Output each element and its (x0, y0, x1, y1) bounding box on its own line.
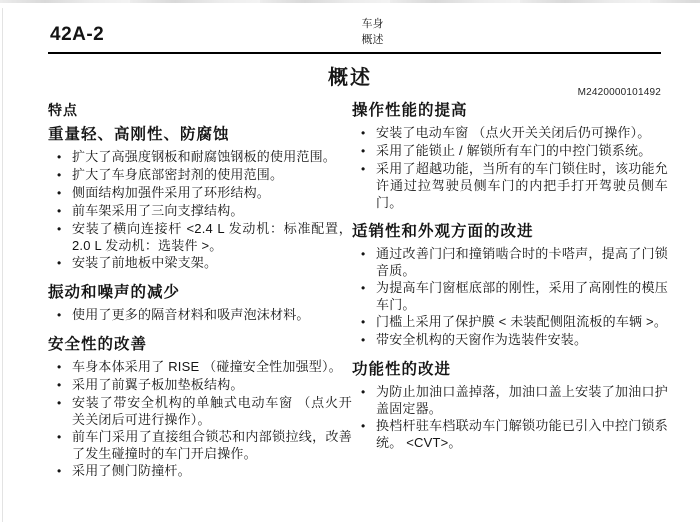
bullet-marker (352, 142, 376, 160)
bullet-item: 采用了能锁止 / 解锁所有车门的中控门锁系统。 (352, 142, 668, 160)
bullet-item: 门槛上采用了保护膜 < 未装配侧阻流板的车辆 >。 (352, 313, 668, 331)
document-number: M2420000101492 (578, 87, 661, 98)
bullet-item: 侧面结构加强件采用了环形结构。 (48, 184, 352, 202)
bullet-item: 安装了带安全机构的单触式电动车窗 （点火开关关闭后可进行操作）。 (48, 394, 352, 428)
section-heading: 振动和噪声的减少 (48, 283, 352, 303)
bullet-marker (352, 124, 376, 142)
running-header-chapter: 车身 (330, 16, 415, 32)
bullet-item: 前车门采用了直接组合锁芯和内部锁拉线，改善了发生碰撞时的车门开启操作。 (48, 428, 352, 462)
bullet-item: 安装了横向连接杆 <2.4 L 发动机：标准配置，2.0 L 发动机：选装件 >… (48, 220, 352, 254)
bullet-text: 采用了超越功能，当所有的车门锁住时，该功能允许通过拉驾驶员侧车门的内把手打开驾驶… (376, 160, 668, 211)
left-column-sections: 重量轻、高刚性、防腐蚀扩大了高强度钢板和耐腐蚀钢板的使用范围。扩大了车身底部密封… (48, 125, 352, 480)
bullet-marker (48, 254, 72, 272)
bullet-marker (352, 417, 376, 451)
bullet-text: 为提高车门窗框底部的刚性，采用了高刚性的模压车门。 (376, 279, 668, 313)
bullet-item: 扩大了车身底部密封剂的使用范围。 (48, 166, 352, 184)
bullet-marker (352, 331, 376, 349)
bullet-marker (48, 358, 72, 376)
bullet-marker (352, 160, 376, 211)
bullet-marker (48, 428, 72, 462)
section: 适销性和外观方面的改进通过改善门闩和撞销啮合时的卡嗒声，提高了门锁音质。为提高车… (352, 222, 668, 349)
manual-page: 42A-2 车身 概述 概述 M2420000101492 特点 重量轻、高刚性… (0, 0, 700, 530)
bullet-text: 扩大了高强度钢板和耐腐蚀钢板的使用范围。 (72, 148, 352, 166)
bullet-marker (352, 313, 376, 331)
page-title: 概述 (0, 61, 700, 90)
bullet-marker (48, 220, 72, 254)
running-header: 车身 概述 (330, 16, 415, 48)
scan-top-edge-artifact (0, 0, 700, 3)
bullet-marker (48, 184, 72, 202)
bullet-item: 车身本体采用了 RISE （碰撞安全性加强型）。 (48, 358, 352, 376)
bullet-text: 侧面结构加强件采用了环形结构。 (72, 184, 352, 202)
bullet-item: 换档杆驻车档联动车门解锁功能已引入中控门锁系统。 <CVT>。 (352, 417, 668, 451)
bullet-marker (48, 306, 72, 324)
section: 功能性的改进为防止加油口盖掉落，加油口盖上安装了加油口护盖固定器。换档杆驻车档联… (352, 360, 668, 451)
bullet-text: 安装了横向连接杆 <2.4 L 发动机：标准配置，2.0 L 发动机：选装件 >… (72, 220, 352, 254)
bullet-item: 为防止加油口盖掉落，加油口盖上安装了加油口护盖固定器。 (352, 383, 668, 417)
bullet-text: 换档杆驻车档联动车门解锁功能已引入中控门锁系统。 <CVT>。 (376, 417, 668, 451)
bullet-marker (48, 148, 72, 166)
bullet-item: 使用了更多的隔音材料和吸声泡沫材料。 (48, 306, 352, 324)
section-heading: 适销性和外观方面的改进 (352, 222, 668, 242)
bullet-item: 通过改善门闩和撞销啮合时的卡嗒声，提高了门锁音质。 (352, 245, 668, 279)
bullet-text: 前车门采用了直接组合锁芯和内部锁拉线，改善了发生碰撞时的车门开启操作。 (72, 428, 352, 462)
section: 振动和噪声的减少使用了更多的隔音材料和吸声泡沫材料。 (48, 283, 352, 324)
bullet-item: 采用了侧门防撞杆。 (48, 462, 352, 480)
bullet-marker (48, 376, 72, 394)
bullet-marker (352, 383, 376, 417)
bullet-item: 带安全机构的天窗作为选装件安装。 (352, 331, 668, 349)
bullet-text: 安装了电动车窗 （点火开关关闭后仍可操作）。 (376, 124, 668, 142)
bullet-marker (352, 279, 376, 313)
bullet-marker (48, 166, 72, 184)
right-column-sections: 操作性能的提高安装了电动车窗 （点火开关关闭后仍可操作）。采用了能锁止 / 解锁… (352, 101, 668, 451)
intro-heading: 特点 (48, 101, 352, 119)
page-number: 42A-2 (50, 24, 104, 46)
section-heading: 功能性的改进 (352, 360, 668, 380)
bullet-item: 前车架采用了三向支撑结构。 (48, 202, 352, 220)
bullet-marker (48, 462, 72, 480)
header-rule (48, 52, 661, 54)
bullet-text: 带安全机构的天窗作为选装件安装。 (376, 331, 668, 349)
bullet-text: 车身本体采用了 RISE （碰撞安全性加强型）。 (72, 358, 352, 376)
bullet-item: 安装了前地板中梁支架。 (48, 254, 352, 272)
bullet-text: 采用了侧门防撞杆。 (72, 462, 352, 480)
bullet-item: 安装了电动车窗 （点火开关关闭后仍可操作）。 (352, 124, 668, 142)
section: 操作性能的提高安装了电动车窗 （点火开关关闭后仍可操作）。采用了能锁止 / 解锁… (352, 101, 668, 211)
bullet-text: 采用了前翼子板加垫板结构。 (72, 376, 352, 394)
bullet-text: 通过改善门闩和撞销啮合时的卡嗒声，提高了门锁音质。 (376, 245, 668, 279)
bullet-text: 采用了能锁止 / 解锁所有车门的中控门锁系统。 (376, 142, 668, 160)
section-heading: 操作性能的提高 (352, 101, 668, 121)
bullet-text: 扩大了车身底部密封剂的使用范围。 (72, 166, 352, 184)
bullet-text: 前车架采用了三向支撑结构。 (72, 202, 352, 220)
left-column: 特点 重量轻、高刚性、防腐蚀扩大了高强度钢板和耐腐蚀钢板的使用范围。扩大了车身底… (48, 101, 352, 491)
right-column: 操作性能的提高安装了电动车窗 （点火开关关闭后仍可操作）。采用了能锁止 / 解锁… (352, 101, 668, 462)
bullet-text: 安装了前地板中梁支架。 (72, 254, 352, 272)
bullet-marker (48, 394, 72, 428)
bullet-item: 采用了前翼子板加垫板结构。 (48, 376, 352, 394)
bullet-item: 为提高车门窗框底部的刚性，采用了高刚性的模压车门。 (352, 279, 668, 313)
bullet-item: 扩大了高强度钢板和耐腐蚀钢板的使用范围。 (48, 148, 352, 166)
bullet-text: 安装了带安全机构的单触式电动车窗 （点火开关关闭后可进行操作）。 (72, 394, 352, 428)
bullet-text: 为防止加油口盖掉落，加油口盖上安装了加油口护盖固定器。 (376, 383, 668, 417)
section: 安全性的改善车身本体采用了 RISE （碰撞安全性加强型）。采用了前翼子板加垫板… (48, 335, 352, 480)
section-heading: 安全性的改善 (48, 335, 352, 355)
bullet-marker (352, 245, 376, 279)
section: 重量轻、高刚性、防腐蚀扩大了高强度钢板和耐腐蚀钢板的使用范围。扩大了车身底部密封… (48, 125, 352, 272)
section-heading: 重量轻、高刚性、防腐蚀 (48, 125, 352, 145)
running-header-section: 概述 (330, 32, 415, 48)
bullet-marker (48, 202, 72, 220)
bullet-text: 门槛上采用了保护膜 < 未装配侧阻流板的车辆 >。 (376, 313, 668, 331)
bullet-text: 使用了更多的隔音材料和吸声泡沫材料。 (72, 306, 352, 324)
bullet-item: 采用了超越功能，当所有的车门锁住时，该功能允许通过拉驾驶员侧车门的内把手打开驾驶… (352, 160, 668, 211)
